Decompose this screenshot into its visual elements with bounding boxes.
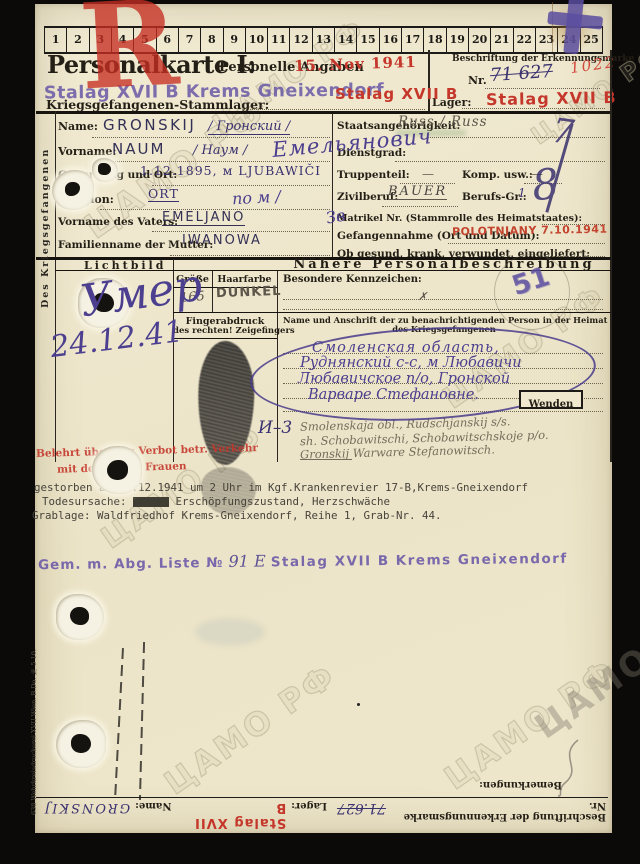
vater-line	[152, 231, 330, 232]
abgang-handwritten: 91 E	[228, 551, 265, 570]
mutter-line	[170, 255, 330, 256]
punch-hole	[56, 594, 104, 640]
ruler-cell: 12	[289, 28, 311, 52]
name-value: GRONSKIJ	[103, 116, 196, 134]
address-line-2: Руднянский с-с, м Любавичи	[300, 355, 522, 371]
big-ink-mark: 7 8	[528, 112, 603, 222]
nr-label: Nr.	[468, 74, 487, 87]
ruler-cell: 8	[200, 28, 222, 52]
translit-underline	[300, 459, 352, 460]
ruler-cell: 9	[223, 28, 245, 52]
ruler-cell: 1	[45, 28, 66, 52]
ruler-cell: 16	[379, 28, 401, 52]
owner-vertical-label: Des Kriegsgefangenen	[40, 148, 51, 308]
vater-label: Vorname des Vaters:	[58, 216, 178, 228]
nr-value-handwritten: 71 627	[489, 61, 553, 86]
struck-word	[133, 497, 169, 507]
vorname-russian: / Наум /	[193, 143, 247, 158]
ruler-cell: 19	[446, 28, 468, 52]
kennzeichen-value: ✗	[418, 290, 427, 303]
mark-eight: 8	[530, 159, 562, 211]
death-record-line-2: Todesursache: Erschöpfungszustand, Herzs…	[42, 495, 390, 508]
left-border	[55, 111, 56, 462]
geburtstag-value: 1.12.1895, м LJUBAWIČI	[140, 163, 321, 178]
lager-stamp-red: Stalag XVII B	[486, 88, 617, 109]
beruf-line	[382, 206, 458, 207]
death-record-line-3: Grablage: Waldfriedhof Krems-Gneixendorf…	[32, 509, 442, 522]
footer-marke-row: Beschriftung der Erkennungsmarke Nr. 71.…	[36, 800, 608, 830]
religion-note: по м /	[232, 187, 282, 209]
ink-dot	[357, 703, 360, 706]
kennzeichen-label: Besondere Kennzeichen:	[283, 274, 422, 285]
komp-label: Komp. usw.:	[462, 169, 533, 181]
ruler-cell: 10	[245, 28, 267, 52]
stalag-stamp-red: Stalag XVII B	[335, 85, 458, 103]
address-line-4: Варваре Стефановне.	[308, 387, 479, 403]
ruler-cell: 17	[401, 28, 423, 52]
truppenteil-label: Truppenteil:	[337, 169, 410, 181]
blue-smudge	[195, 618, 265, 646]
address-line-1: Смоленская область,	[312, 340, 500, 356]
cross-stamp	[542, 0, 610, 61]
wenden-box: Wenden	[519, 390, 583, 409]
berufsgr-value: 1	[518, 186, 526, 200]
bemerkungen-label: Bemerkungen:	[36, 779, 562, 790]
footer-name-label: Name:	[135, 800, 171, 811]
religion-value: ORT	[148, 186, 179, 202]
footer-marke-label: Beschriftung der Erkennungsmarke Nr.	[391, 800, 606, 822]
truppenteil-value: —	[422, 167, 434, 181]
todesursache-value: Erschöpfungszustand, Herzschwäche	[176, 495, 391, 508]
right-border	[610, 50, 612, 462]
berufsgr-label: Berufs-Gr.:	[462, 191, 527, 203]
footer-marke-value: 71.627	[337, 800, 386, 816]
ruler-cell: 21	[490, 28, 512, 52]
beruf-value: BAUER	[388, 184, 447, 200]
ruler-cell: 11	[267, 28, 289, 52]
ruler-cell: 15	[356, 28, 378, 52]
punch-hole	[92, 446, 142, 494]
name-label: Name:	[58, 120, 98, 133]
scanned-pow-card: ЦАМО РФ ЦАМО РФ ЦАМО РФ ЦАМО РФ ЦАМО РФ …	[0, 0, 640, 864]
footer-rotated-block: Beschriftung der Erkennungsmarke Nr. 71.…	[36, 772, 608, 830]
ruler-cell: 22	[513, 28, 535, 52]
wenden-label: Wenden	[529, 399, 574, 410]
todesursache-label: Todesursache:	[42, 495, 127, 508]
abgang-stamp-text: Gem. m. Abg. Liste №	[38, 555, 224, 573]
ruler-cell: 7	[178, 28, 200, 52]
vater-value: EMELJANO	[162, 210, 245, 226]
footer-lager-stamp: Stalag XVII B	[181, 800, 286, 830]
vorname-line	[105, 161, 330, 162]
r-stamp: R	[77, 0, 181, 106]
punch-hole	[56, 720, 106, 768]
address-line-3: Любавичское п/о, Гронской	[298, 371, 510, 387]
punch-hole	[52, 170, 94, 210]
ruler-cell: 13	[312, 28, 334, 52]
ruler-cell: 20	[468, 28, 490, 52]
vorname-label: Vorname:	[58, 145, 116, 158]
gefangennahme-line	[448, 243, 605, 244]
ruler-cell: 14	[334, 28, 356, 52]
vorname-value: NAUM	[112, 140, 165, 158]
punch-hole	[92, 158, 118, 182]
gefangennahme-value: POLOTNJANY 7.10.1941	[452, 223, 608, 239]
stammlager-line	[243, 109, 425, 110]
table-hline	[173, 338, 277, 339]
matrikel-scribble: Зв	[324, 205, 346, 227]
translit-mark: И–3	[258, 418, 292, 438]
haarfarbe-value: DUNKEL	[216, 284, 282, 301]
footer-lager-label: Lager:	[291, 800, 327, 811]
fingerprint-label-2: des rechten! Zeigefingers	[173, 326, 277, 336]
footer-rule	[36, 797, 608, 798]
mutter-value: IWANOWA	[182, 233, 262, 248]
ruler-cell: 18	[423, 28, 445, 52]
name-russian: / Гронский /	[208, 119, 290, 135]
footer-name-value: GRONSKIJ	[43, 800, 130, 815]
